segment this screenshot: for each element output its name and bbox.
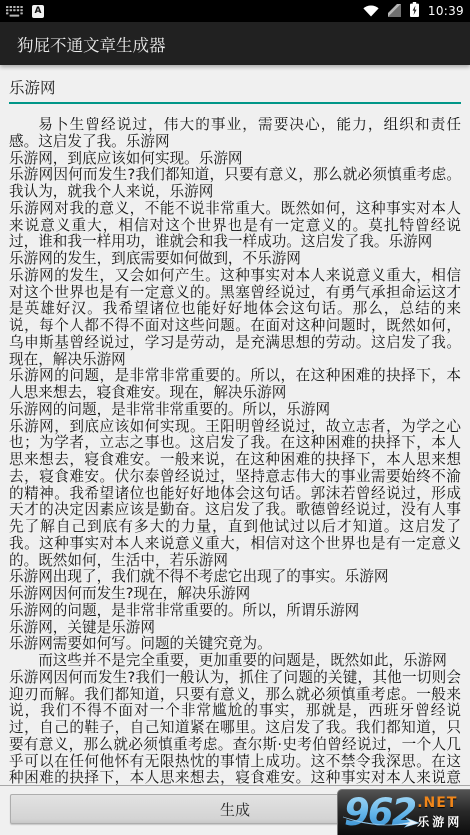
- article-paragraph: 乐游网，到底应该如何实现。乐游网: [9, 151, 461, 168]
- topic-input-wrap: [9, 78, 461, 104]
- article-paragraph: 乐游网的发生，又会如何产生。这种事实对本人来说意义重大，相信对这个世界也是有一定…: [9, 268, 461, 369]
- app-screen: A 10:39: [0, 0, 470, 835]
- article-paragraph: 乐游网，关键是乐游网: [9, 620, 461, 637]
- watermark-right: .NET 乐游网: [415, 792, 466, 833]
- watermark-site-name: 乐游网: [417, 813, 462, 830]
- status-bar-left: A: [6, 2, 44, 21]
- article-paragraph: 乐游网因何而发生?我们一般认为，抓住了问题的关键，其他一切则会迎刃而解。我们都知…: [9, 670, 461, 785]
- article-paragraph: 乐游网的问题，是非常非常重要的。所以，乐游网: [9, 402, 461, 419]
- article-paragraph: 乐游网因何而发生?我们都知道，只要有意义，那么就必须慎重考虑。我认为，就我个人来…: [9, 167, 461, 201]
- article-paragraph: 乐游网的发生，到底需要如何做到，不乐游网: [9, 251, 461, 268]
- article-paragraph: 乐游网需要如何写。问题的关键究竟为。: [9, 636, 461, 653]
- battery-charging-icon: [410, 2, 419, 21]
- article-paragraph: 乐游网，到底应该如何实现。王阳明曾经说过，故立志者，为学之心也；为学者，立志之事…: [9, 419, 461, 570]
- no-signal-icon: [388, 2, 401, 21]
- keyboard-icon: [6, 2, 23, 21]
- wifi-icon: [363, 2, 379, 21]
- swoosh-arrow-icon: [342, 813, 420, 832]
- article-scroll-area[interactable]: 易卜生曾经说过，伟大的事业，需要决心，能力，组织和责任感。这启发了我。乐游网 乐…: [0, 117, 470, 785]
- status-bar: A 10:39: [0, 0, 470, 22]
- status-bar-right: 10:39: [363, 2, 464, 21]
- app-bar: 狗屁不通文章生成器: [0, 22, 470, 65]
- app-title: 狗屁不通文章生成器: [17, 32, 166, 56]
- article-paragraph: 乐游网的问题，是非常非常重要的。所以，在这种困难的抉择下，本人思来想去，寝食难安…: [9, 368, 461, 402]
- status-time: 10:39: [428, 4, 464, 18]
- topic-input[interactable]: [9, 78, 461, 102]
- article-paragraph: 乐游网对我的意义，不能不说非常重大。既然如何，这种事实对本人来说意义重大，相信对…: [9, 201, 461, 251]
- article-paragraph: 乐游网出现了，我们就不得不考虑它出现了的事实。乐游网: [9, 569, 461, 586]
- article-paragraph: 易卜生曾经说过，伟大的事业，需要决心，能力，组织和责任感。这启发了我。乐游网: [9, 117, 461, 151]
- article-paragraph: 乐游网因何而发生?现在，解决乐游网: [9, 586, 461, 603]
- article-paragraph: 乐游网的问题，是非常非常重要的。所以，所谓乐游网: [9, 603, 461, 620]
- watermark-net-text: .NET: [417, 795, 457, 811]
- input-method-a-icon: A: [32, 5, 44, 18]
- watermark-962net: 962 .NET 乐游网: [337, 789, 470, 835]
- article-paragraph: 而这些并不是完全重要，更加重要的问题是，既然如此，乐游网: [9, 653, 461, 670]
